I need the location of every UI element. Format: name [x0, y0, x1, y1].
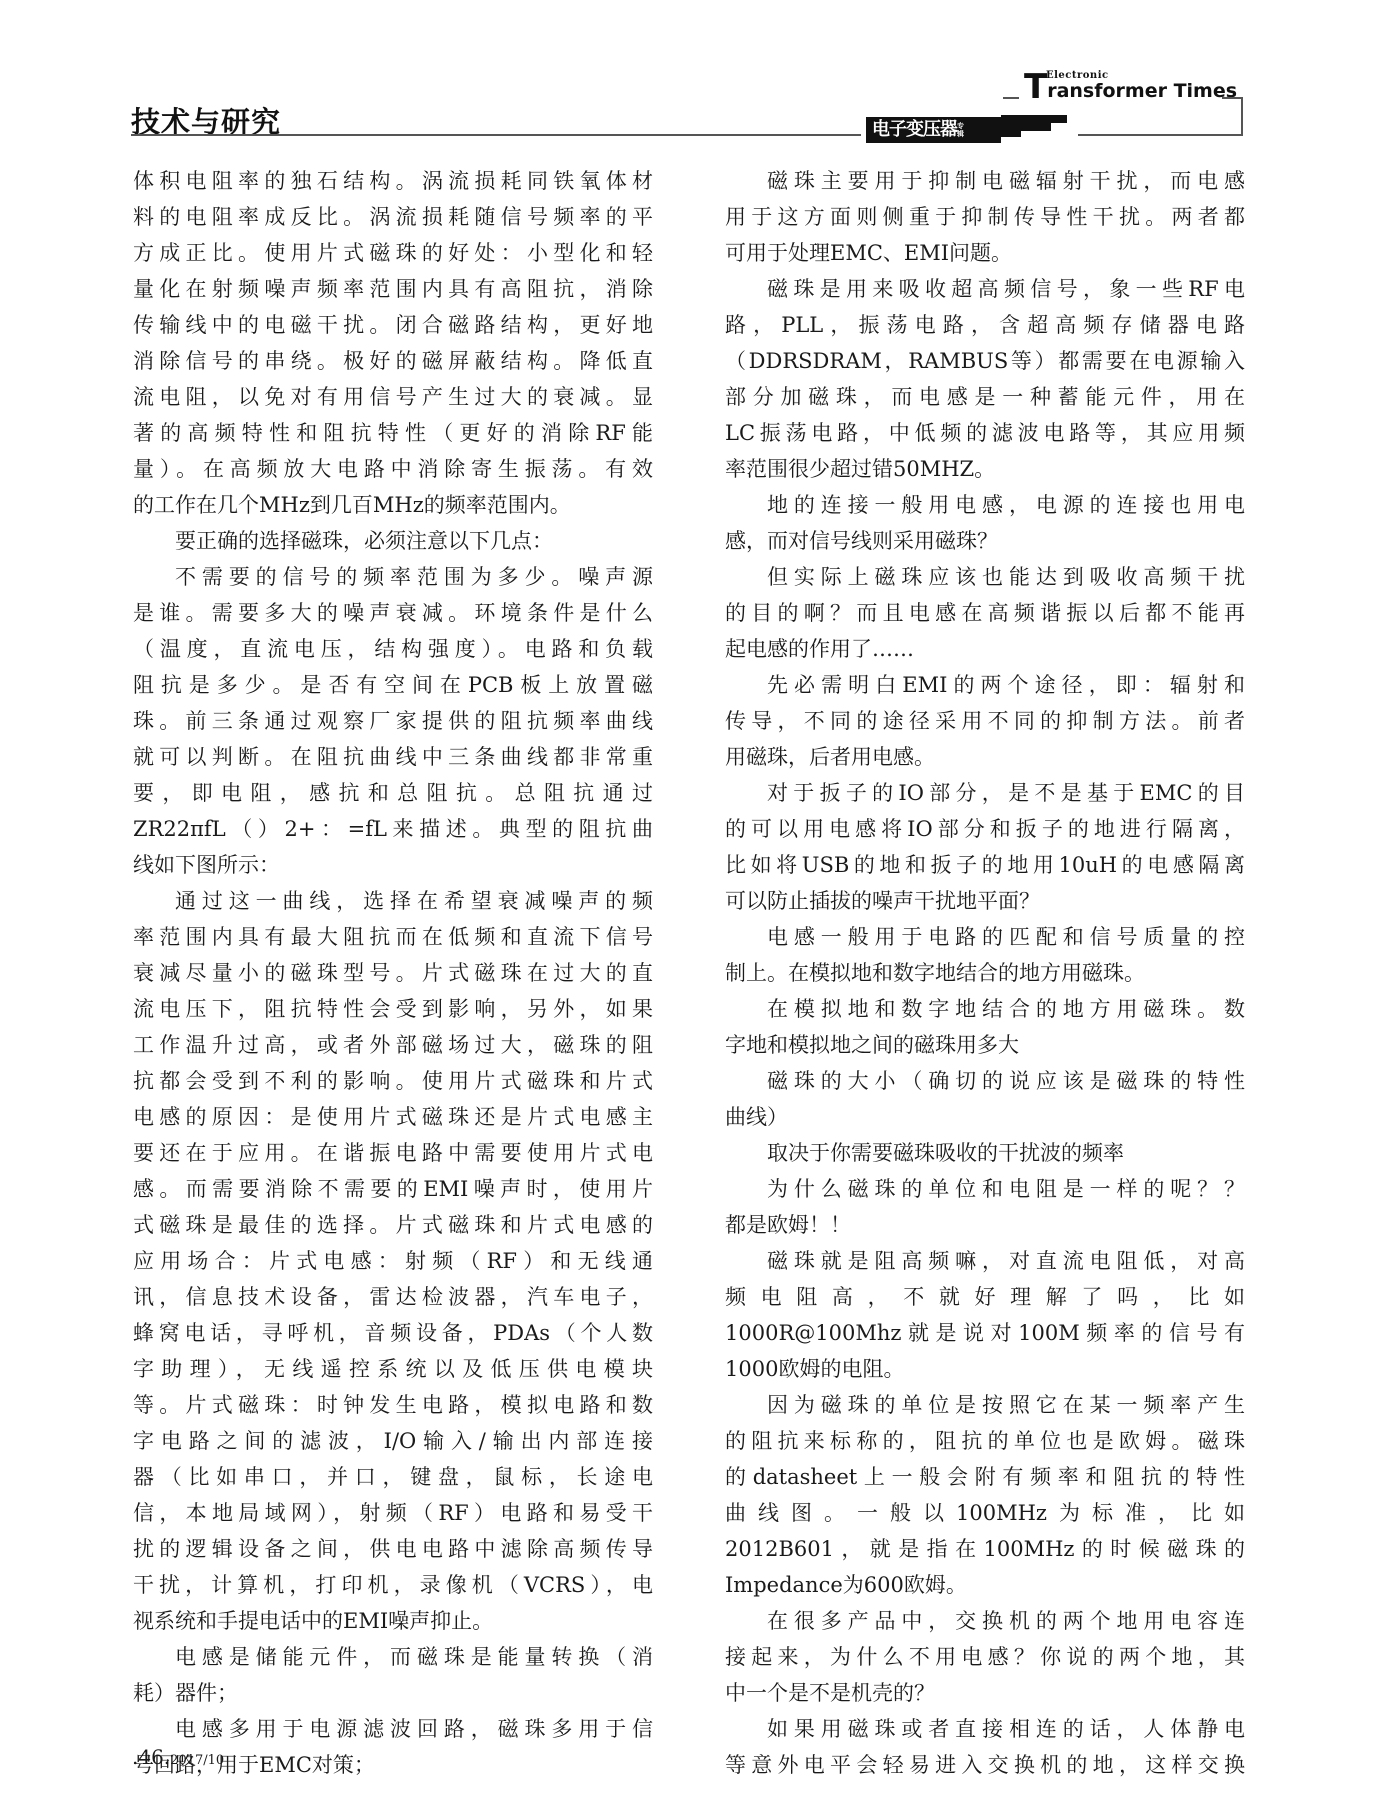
- journal-brand-cn: 电子变压器专辑: [866, 117, 1001, 143]
- text-line: 都是欧姆！！: [725, 1207, 1245, 1243]
- text-line: 是谁。需要多大的噪声衰减。环境条件是什么: [133, 595, 653, 631]
- text-line: 要，即电阻，感抗和总阻抗。总阻抗通过: [133, 775, 653, 811]
- text-line: 应用场合：片式电感：射频（RF）和无线通: [133, 1243, 653, 1279]
- text-line: 但实际上磁珠应该也能达到吸收高频干扰: [725, 559, 1245, 595]
- brand-cn-tag: 专辑: [957, 122, 965, 138]
- brand-cn-text: 电子变压器: [872, 119, 957, 140]
- text-line: 制上。在模拟地和数字地结合的地方用磁珠。: [725, 955, 1245, 991]
- text-line: 磁珠主要用于抑制电磁辐射干扰，而电感: [725, 163, 1245, 199]
- text-line: 等意外电平会轻易进入交换机的地，这样交换: [725, 1747, 1245, 1783]
- text-line: 工作温升过高，或者外部磁场过大，磁珠的阻: [133, 1027, 653, 1063]
- text-line: 字地和模拟地之间的磁珠用多大: [725, 1027, 1245, 1063]
- text-line: 在很多产品中，交换机的两个地用电容连: [725, 1603, 1245, 1639]
- text-line: 的工作在几个MHz到几百MHz的频率范围内。: [133, 487, 653, 523]
- text-line: 感，而对信号线则采用磁珠？: [725, 523, 1245, 559]
- text-line: 量）。在高频放大电路中消除寄生振荡。有效: [133, 451, 653, 487]
- brand-small-text: Electronic: [1046, 70, 1109, 81]
- text-line: 接起来，为什么不用电感？你说的两个地，其: [725, 1639, 1245, 1675]
- text-line: 著的高频特性和阻抗特性（更好的消除RF能: [133, 415, 653, 451]
- text-line: 传导，不同的途径采用不同的抑制方法。前者: [725, 703, 1245, 739]
- text-line: 抗都会受到不利的影响。使用片式磁珠和片式: [133, 1063, 653, 1099]
- text-line: 对于扳子的IO部分，是不是基于EMC的目: [725, 775, 1245, 811]
- text-line: 为什么磁珠的单位和电阻是一样的呢？？: [725, 1171, 1245, 1207]
- text-line: 感。而需要消除不需要的EMI噪声时，使用片: [133, 1171, 653, 1207]
- text-line: 阻抗是多少。是否有空间在PCB板上放置磁: [133, 667, 653, 703]
- text-line: 用磁珠，后者用电感。: [725, 739, 1245, 775]
- text-line: 用于这方面则侧重于抑制传导性干扰。两者都: [725, 199, 1245, 235]
- text-line: 先必需明白EMI的两个途径，即：辐射和: [725, 667, 1245, 703]
- text-line: 视系统和手提电话中的EMI噪声抑止。: [133, 1603, 653, 1639]
- text-line: 磁珠的大小（确切的说应该是磁珠的特性: [725, 1063, 1245, 1099]
- text-line: 扰的逻辑设备之间，供电电路中滤除高频传导: [133, 1531, 653, 1567]
- left-column: 体积电阻率的独石结构。涡流损耗同铁氧体材料的电阻率成反比。涡流损耗随信号频率的平…: [133, 163, 653, 1783]
- header-rule-top-right: [1222, 97, 1242, 99]
- page-number: .46.: [132, 1745, 170, 1769]
- text-line: 流电阻，以免对有用信号产生过大的衰减。显: [133, 379, 653, 415]
- text-line: 器（比如串口，并口，键盘，鼠标，长途电: [133, 1459, 653, 1495]
- text-line: 电感一般用于电路的匹配和信号质量的控: [725, 919, 1245, 955]
- text-line: 的目的啊？而且电感在高频谐振以后都不能再: [725, 595, 1245, 631]
- text-line: 珠。前三条通过观察厂家提供的阻抗频率曲线: [133, 703, 653, 739]
- text-line: 要还在于应用。在谐振电路中需要使用片式电: [133, 1135, 653, 1171]
- text-line: 2012B601，就是指在100MHz的时候磁珠的: [725, 1531, 1245, 1567]
- text-line: 因为磁珠的单位是按照它在某一频率产生: [725, 1387, 1245, 1423]
- header-rule-vertical: [1241, 97, 1243, 136]
- text-line: 衰减尽量小的磁珠型号。片式磁珠在过大的直: [133, 955, 653, 991]
- brand-rest-text: ransformer Times: [1047, 80, 1237, 102]
- right-column: 磁珠主要用于抑制电磁辐射干扰，而电感用于这方面则侧重于抑制传导性干扰。两者都可用…: [725, 163, 1245, 1783]
- text-line: 部分加磁珠，而电感是一种蓄能元件，用在: [725, 379, 1245, 415]
- text-line: Impedance为600欧姆。: [725, 1567, 1245, 1603]
- text-line: 就可以判断。在阻抗曲线中三条曲线都非常重: [133, 739, 653, 775]
- text-line: 要正确的选择磁珠，必须注意以下几点：: [133, 523, 653, 559]
- text-line: 起电感的作用了……: [725, 631, 1245, 667]
- text-line: 通过这一曲线，选择在希望衰减噪声的频: [133, 883, 653, 919]
- text-line: 1000R@100Mhz就是说对100M频率的信号有: [725, 1315, 1245, 1351]
- text-line: 字电路之间的滤波，I/O输入/输出内部连接: [133, 1423, 653, 1459]
- text-line: 频电阻高，不就好理解了吗，比如: [725, 1279, 1245, 1315]
- text-line: 方成正比。使用片式磁珠的好处：小型化和轻: [133, 235, 653, 271]
- text-line: 磁珠是用来吸收超高频信号，象一些RF电: [725, 271, 1245, 307]
- brand-initial: T: [1024, 67, 1047, 107]
- text-line: 1000欧姆的电阻。: [725, 1351, 1245, 1387]
- text-line: 耗）器件；: [133, 1675, 653, 1711]
- text-line: 流电压下，阻抗特性会受到影响，另外，如果: [133, 991, 653, 1027]
- text-line: 曲线图。一般以100MHz为标准，比如: [725, 1495, 1245, 1531]
- text-line: ZR22πfL（）2+：=fL来描述。典型的阻抗曲: [133, 811, 653, 847]
- text-line: 料的电阻率成反比。涡流损耗随信号频率的平: [133, 199, 653, 235]
- page-footer: .46.2017/10: [132, 1745, 224, 1769]
- text-line: 可用于处理EMC、EMI问题。: [725, 235, 1245, 271]
- text-line: 曲线）: [725, 1099, 1245, 1135]
- brand-step-decoration: [1001, 115, 1021, 137]
- text-line: 中一个是不是机壳的？: [725, 1675, 1245, 1711]
- text-line: 式磁珠是最佳的选择。片式磁珠和片式电感的: [133, 1207, 653, 1243]
- text-line: 量化在射频噪声频率范围内具有高阻抗，消除: [133, 271, 653, 307]
- header-rule-top-left: [1003, 97, 1019, 99]
- issue-date: 2017/10: [170, 1753, 224, 1768]
- text-line: 等。片式磁珠：时钟发生电路，模拟电路和数: [133, 1387, 653, 1423]
- text-line: 的可以用电感将IO部分和扳子的地进行隔离，: [725, 811, 1245, 847]
- text-line: 如果用磁珠或者直接相连的话，人体静电: [725, 1711, 1245, 1747]
- text-line: 消除信号的串绕。极好的磁屏蔽结构。降低直: [133, 343, 653, 379]
- text-line: （温度，直流电压，结构强度）。电路和负载: [133, 631, 653, 667]
- header-rule-right: [1078, 134, 1241, 136]
- text-line: 地的连接一般用电感，电源的连接也用电: [725, 487, 1245, 523]
- text-line: 率范围很少超过错50MHZ。: [725, 451, 1245, 487]
- text-line: 蜂窝电话，寻呼机，音频设备，PDAs（个人数: [133, 1315, 653, 1351]
- text-line: 路，PLL，振荡电路，含超高频存储器电路: [725, 307, 1245, 343]
- journal-brand-en: TElectronicransformer Times: [1024, 72, 1237, 104]
- text-line: 磁珠就是阻高频嘛，对直流电阻低，对高: [725, 1243, 1245, 1279]
- text-line: 干扰，计算机，打印机，录像机（VCRS），电: [133, 1567, 653, 1603]
- text-line: 信，本地局域网），射频（RF）电路和易受干: [133, 1495, 653, 1531]
- text-line: 的datasheet上一般会附有频率和阻抗的特性: [725, 1459, 1245, 1495]
- text-line: 电感的原因：是使用片式磁珠还是片式电感主: [133, 1099, 653, 1135]
- text-line: 可以防止插拔的噪声干扰地平面？: [725, 883, 1245, 919]
- text-line: 比如将USB的地和扳子的地用10uH的电感隔离: [725, 847, 1245, 883]
- text-line: 在模拟地和数字地结合的地方用磁珠。数: [725, 991, 1245, 1027]
- text-line: 的阻抗来标称的，阻抗的单位也是欧姆。磁珠: [725, 1423, 1245, 1459]
- text-line: 率范围内具有最大阻抗而在低频和直流下信号: [133, 919, 653, 955]
- header-rule-left: [131, 134, 861, 136]
- text-line: LC振荡电路，中低频的滤波电路等，其应用频: [725, 415, 1245, 451]
- text-line: 传输线中的电磁干扰。闭合磁路结构，更好地: [133, 307, 653, 343]
- text-line: 体积电阻率的独石结构。涡流损耗同铁氧体材: [133, 163, 653, 199]
- text-line: 讯，信息技术设备，雷达检波器，汽车电子，: [133, 1279, 653, 1315]
- text-line: 线如下图所示：: [133, 847, 653, 883]
- text-line: 取决于你需要磁珠吸收的干扰波的频率: [725, 1135, 1245, 1171]
- text-line: 不需要的信号的频率范围为多少。噪声源: [133, 559, 653, 595]
- text-line: 电感是储能元件，而磁珠是能量转换（消: [133, 1639, 653, 1675]
- text-line: （DDRSDRAM，RAMBUS等）都需要在电源输入: [725, 343, 1245, 379]
- text-line: 字助理），无线遥控系统以及低压供电模块: [133, 1351, 653, 1387]
- text-line: 电感多用于电源滤波回路，磁珠多用于信: [133, 1711, 653, 1747]
